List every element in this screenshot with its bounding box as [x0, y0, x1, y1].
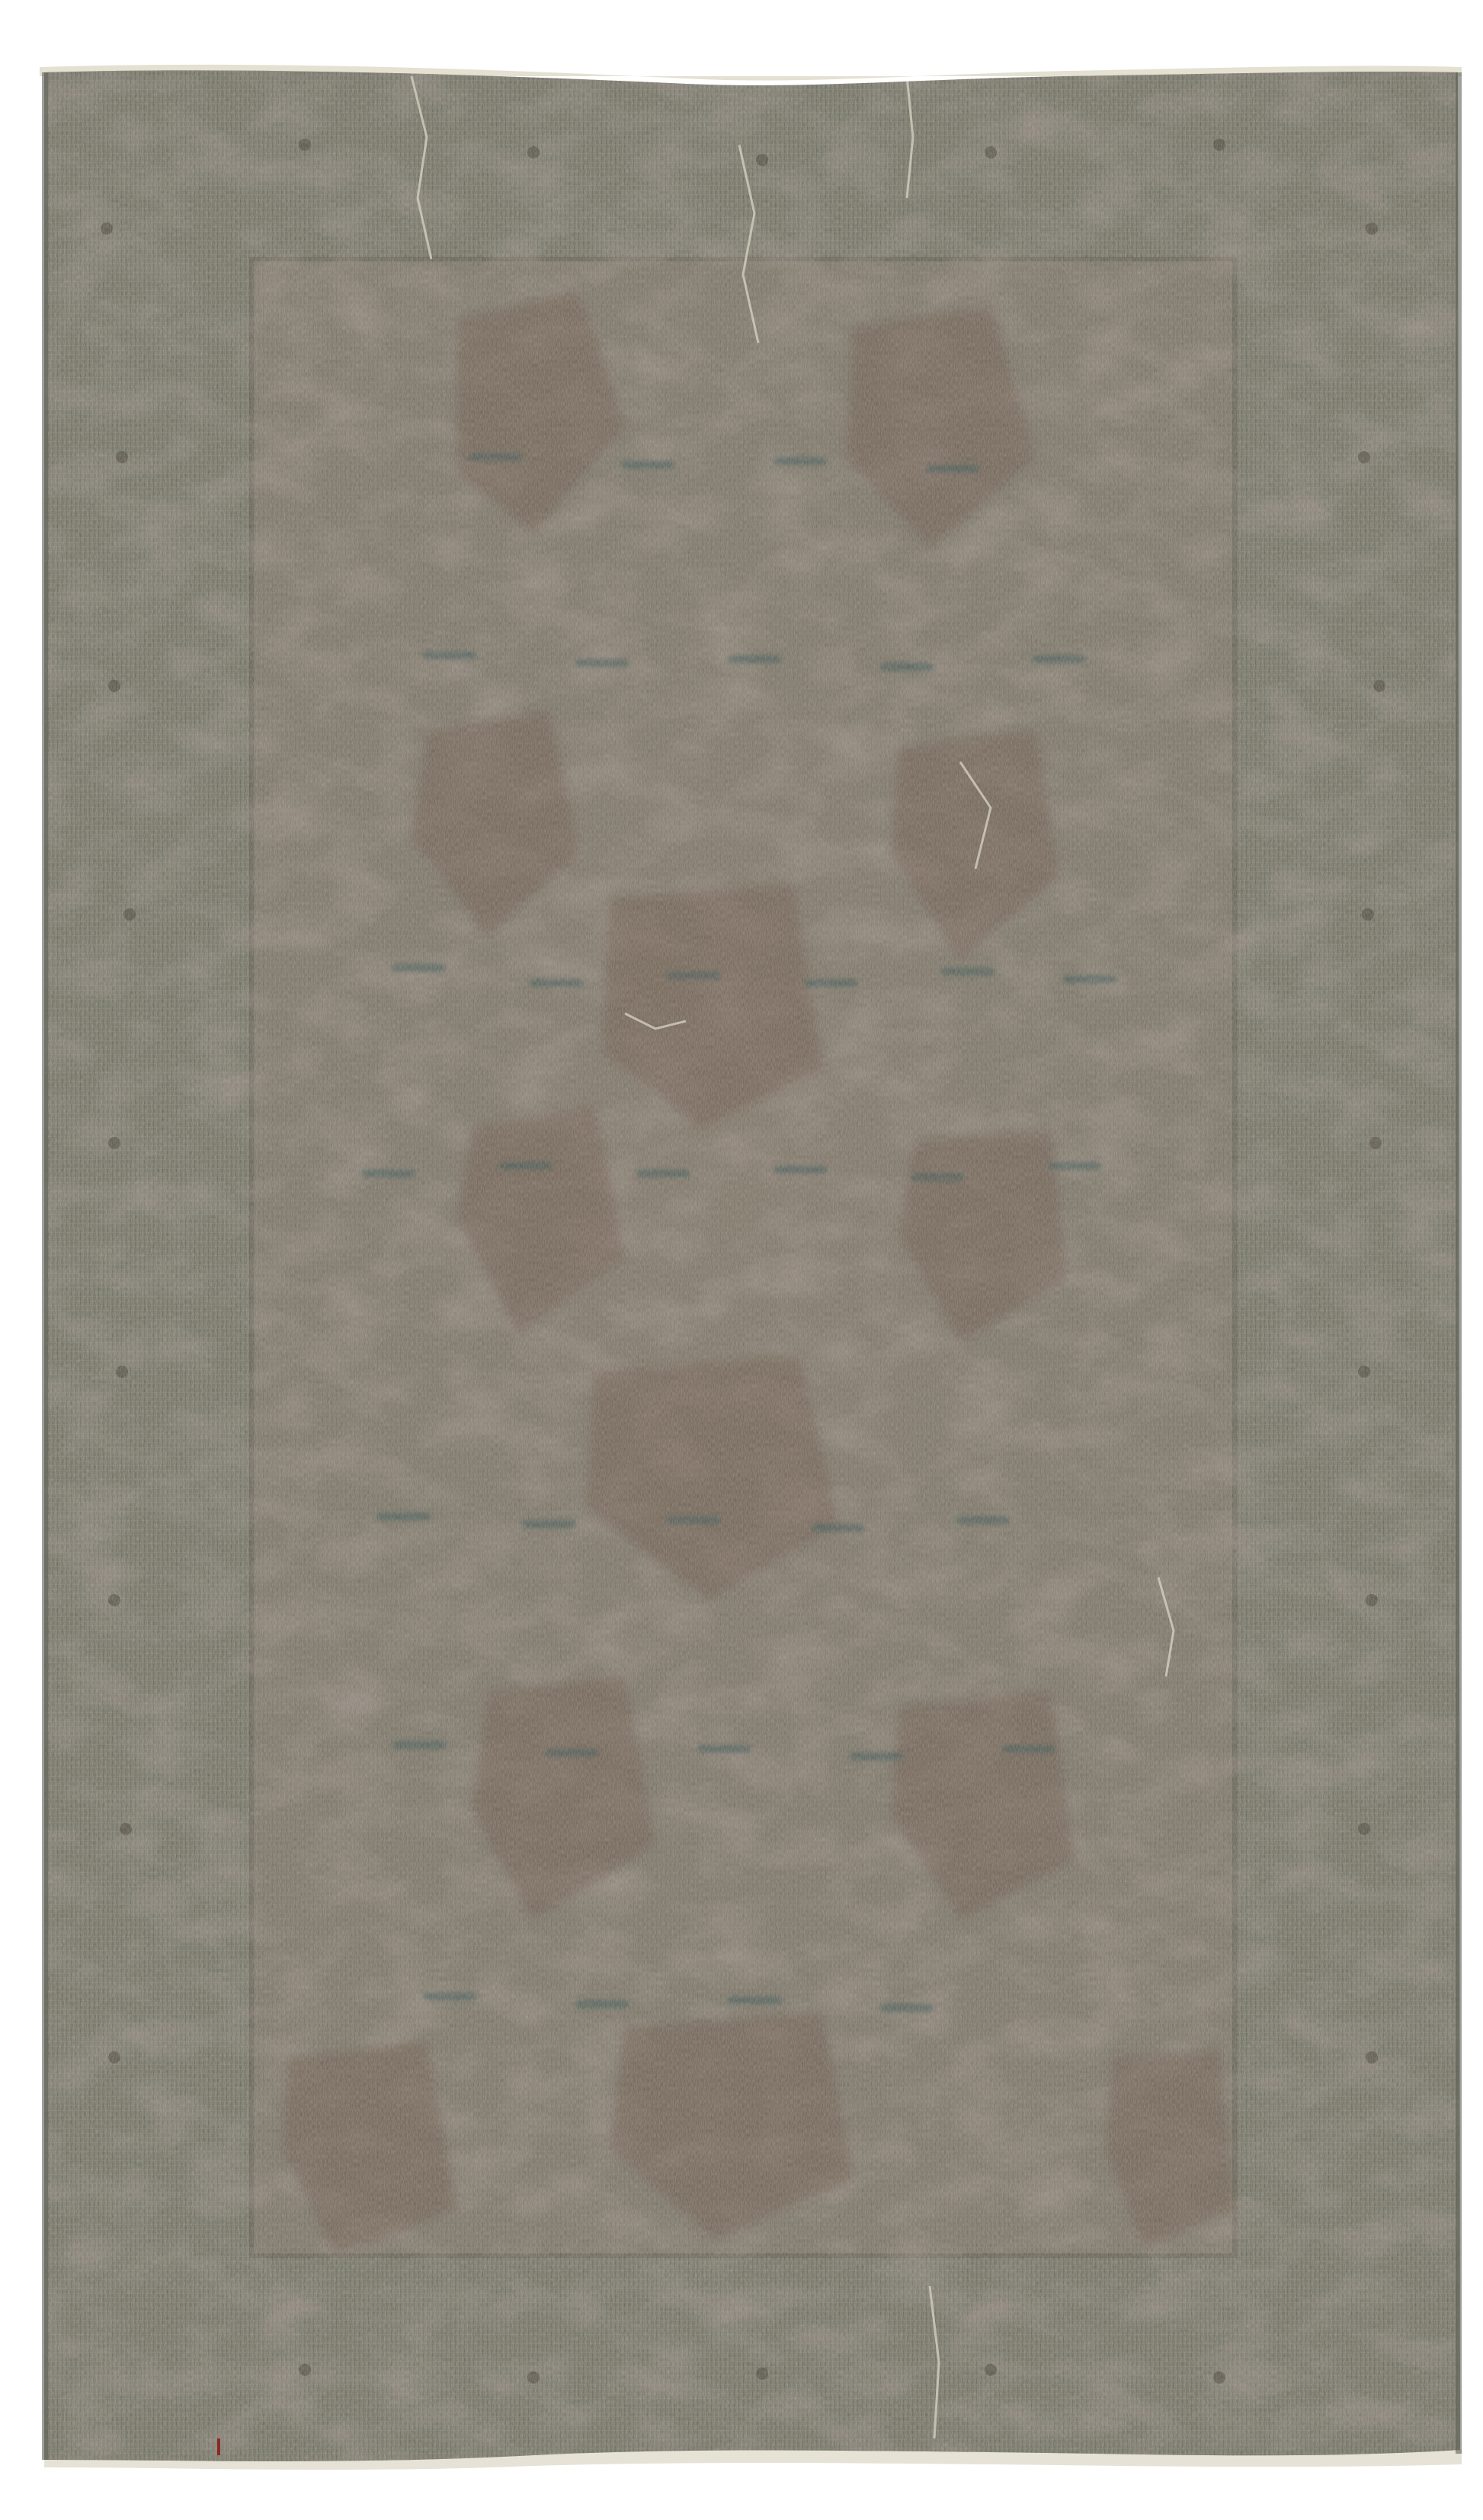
product-photo — [0, 0, 1483, 2520]
rug-image — [0, 0, 1483, 2520]
